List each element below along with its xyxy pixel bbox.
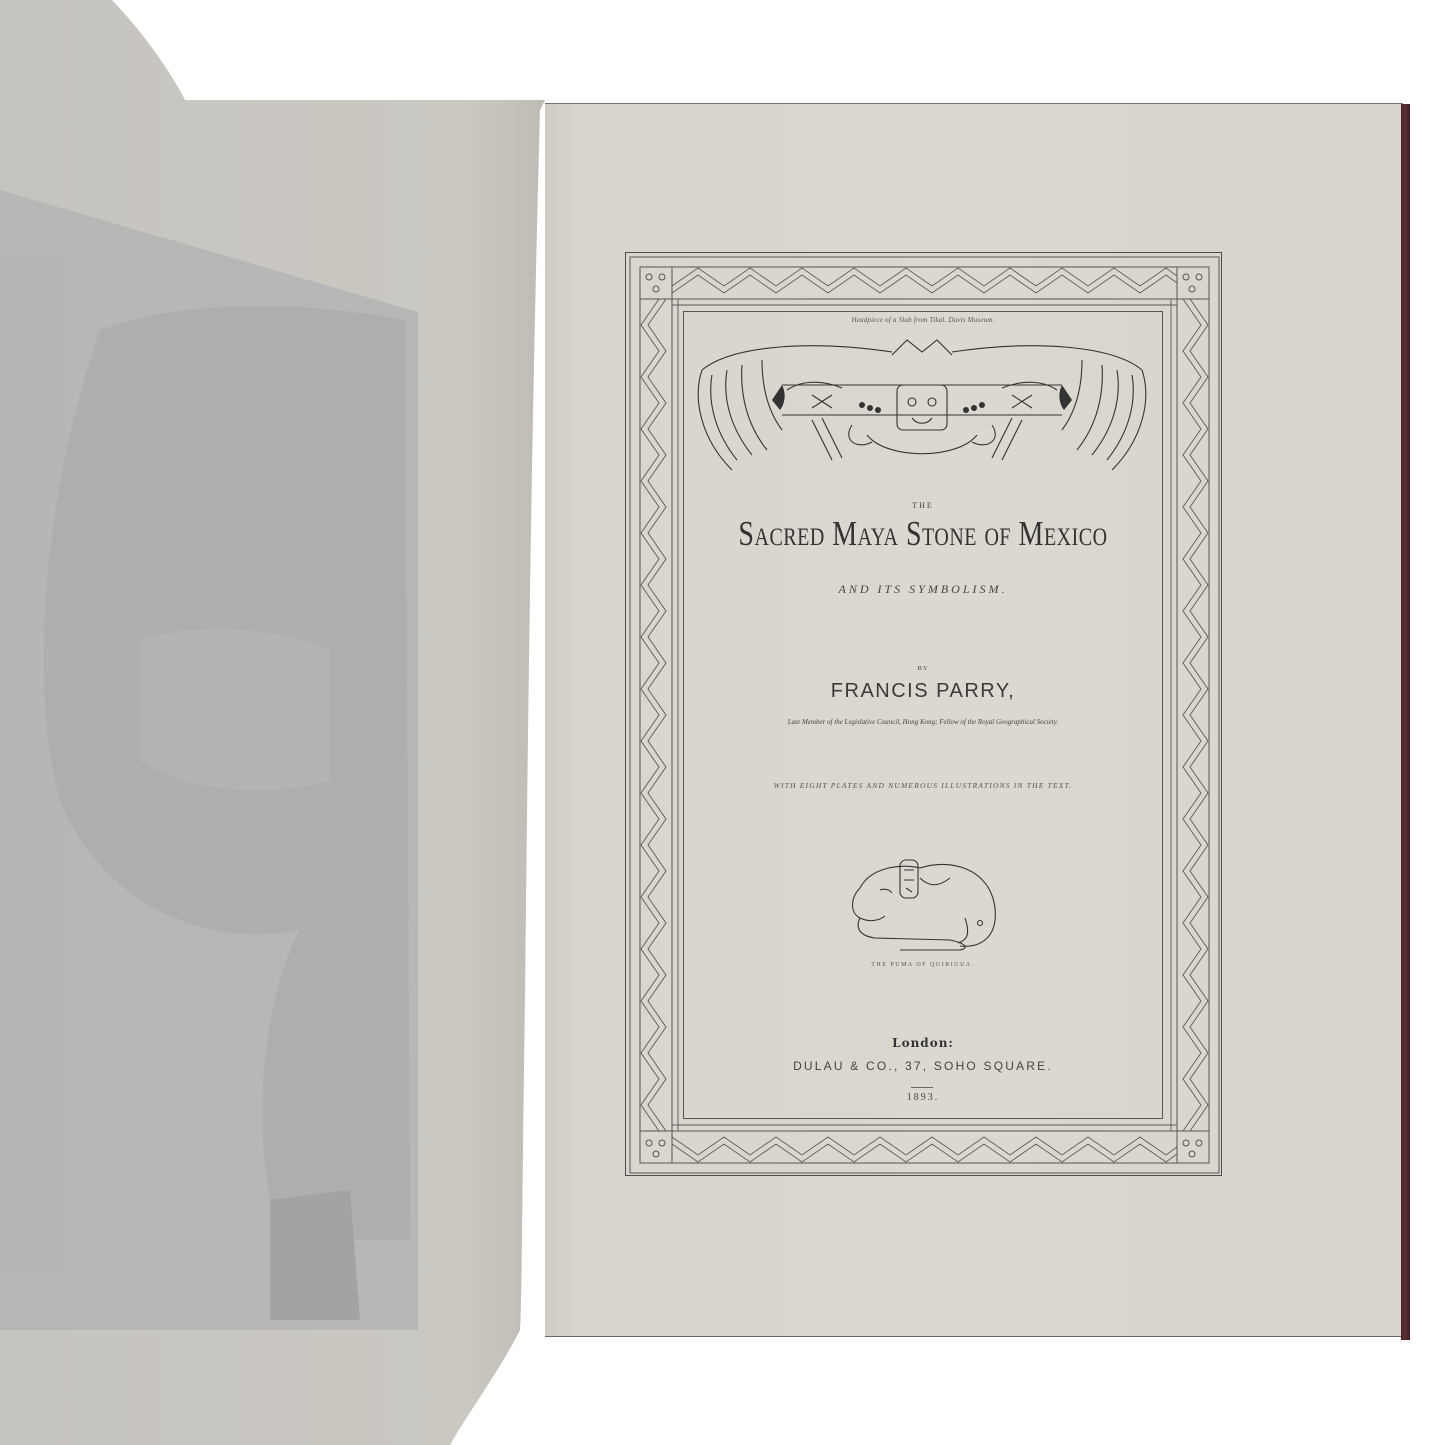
left-page-shape	[0, 0, 560, 1445]
puma-illustration	[840, 848, 1005, 963]
publication-city: London:	[683, 1036, 1163, 1050]
plates-note: WITH EIGHT PLATES AND NUMEROUS ILLUSTRAT…	[683, 781, 1163, 790]
ghost-plate-image	[0, 190, 418, 1330]
winged-serpent-mask-icon	[692, 330, 1152, 470]
headpiece-caption: Headpiece of a Slab from Tikal. Davis Mu…	[683, 316, 1163, 324]
title-article: THE	[683, 501, 1163, 510]
by-line: BY	[683, 665, 1163, 672]
book-subtitle: AND ITS SYMBOLISM.	[683, 582, 1163, 597]
author-name: FRANCIS PARRY,	[683, 680, 1163, 703]
imprint-rule	[911, 1087, 933, 1088]
headpiece-illustration	[692, 330, 1152, 475]
puma-caption: THE PUMA OF QUIRIGUA.	[683, 962, 1163, 968]
book-title: Sacred Maya Stone of Mexico	[683, 515, 1163, 555]
publication-year: 1893.	[683, 1092, 1163, 1103]
publisher: DULAU & CO., 37, SOHO SQUARE.	[683, 1059, 1163, 1073]
author-description: Late Member of the Legislative Council, …	[683, 718, 1163, 726]
left-facing-page	[0, 0, 560, 1445]
puma-figure-icon	[840, 848, 1005, 958]
book-cover-edge	[1401, 104, 1410, 1340]
